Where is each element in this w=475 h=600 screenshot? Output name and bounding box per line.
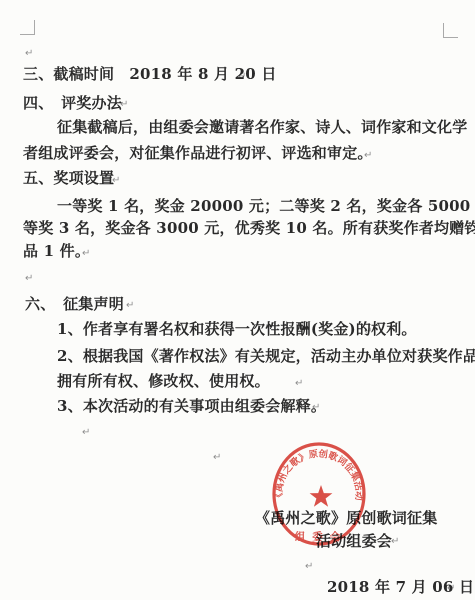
body-line: 者组成评委会，对征集作品进行初评、评选和审定。	[23, 145, 373, 162]
heading-declaration: 六、 征集声明	[25, 296, 124, 313]
seal-bottom-text: 组委会	[295, 530, 348, 543]
paragraph-mark: ↵	[82, 428, 90, 438]
body-line: 品 1 件。	[23, 243, 90, 260]
star-icon	[310, 485, 333, 507]
paragraph-mark: ↵	[213, 453, 221, 463]
document-page: ↵ ↵ ↵ ↵ ↵ ↵ ↵ ↵ ↵ ↵ ↵ ↵ ↵ ↵ ↵ ↵ ↵ 三、截稿时间…	[0, 0, 475, 600]
body-line: 3、本次活动的有关事项由组委会解释。	[57, 398, 326, 415]
body-line: 拥有所有权、修改权、使用权。	[57, 373, 270, 390]
paragraph-mark: ↵	[391, 537, 399, 547]
body-line: 一等奖 1 名，奖金 20000 元；二等奖 2 名，奖金各 5000 元；三	[57, 198, 475, 215]
paragraph-mark: ↵	[25, 49, 33, 59]
body-line: 征集截稿后，由组委会邀请著名作家、诗人、词作家和文化学	[57, 119, 467, 136]
body-line: 等奖 3 名，奖金各 3000 元，优秀奖 10 名。所有获奖作者均赠钧瓷珍	[23, 220, 475, 237]
paragraph-mark: ↵	[295, 379, 303, 389]
margin-crop-mark-top-left	[20, 20, 35, 35]
official-seal: 《禹州之歌》原创歌词征集活动 组委会	[267, 437, 371, 555]
paragraph-mark: ↵	[25, 274, 33, 284]
body-line: 2、根据我国《著作权法》有关规定，活动主办单位对获奖作品	[57, 348, 475, 365]
heading-awards-setup: 五、奖项设置	[23, 170, 114, 187]
heading-judging-method: 四、 评奖办法	[23, 95, 122, 112]
paragraph-mark: ↵	[305, 562, 313, 572]
margin-crop-mark-top-right	[443, 23, 458, 38]
body-line: 1、作者享有署名权和获得一次性报酬(奖金)的权利。	[57, 321, 417, 338]
date-line: 2018 年 7 月 06 日	[327, 579, 474, 596]
paragraph-mark: ↵	[126, 301, 134, 311]
heading-deadline: 三、截稿时间 2018 年 8 月 20 日	[23, 66, 277, 83]
